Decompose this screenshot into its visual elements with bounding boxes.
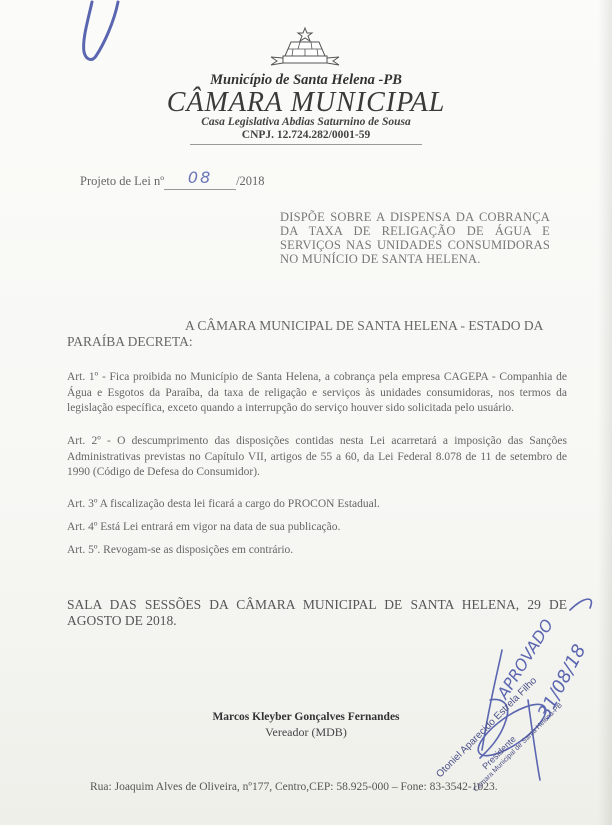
- article-1: Art. 1º - Fica proibida no Município de …: [67, 370, 567, 417]
- crest-icon: [255, 26, 355, 70]
- stamp-org: Câmara Municipal de Santa Helena-PB: [472, 702, 564, 794]
- document-page: Município de Santa Helena -PB CÂMARA MUN…: [0, 0, 612, 825]
- article-2: Art. 2º - O descumprimento das disposiçõ…: [67, 434, 567, 481]
- page-edge-shadow: [598, 0, 612, 825]
- header-divider: [190, 144, 422, 145]
- pen-mark-icon: [78, 0, 128, 65]
- house-name: Casa Legislativa Abdias Saturnino de Sou…: [0, 116, 612, 128]
- approval-annotation: APROVADO 31/08/18 Otoniel Aparecido Estr…: [420, 580, 612, 800]
- bill-number-field: 08: [164, 170, 236, 190]
- bill-label: Projeto de Lei nº: [80, 174, 164, 188]
- bill-year: /2018: [236, 174, 264, 188]
- preamble: A CÂMARA MUNICIPAL DE SANTA HELENA - EST…: [67, 318, 567, 350]
- bill-number-handwritten: 08: [188, 168, 212, 187]
- bill-summary: DISPÕE SOBRE A DISPENSA DA COBRANÇA DA T…: [280, 210, 550, 266]
- cnpj: CNPJ. 12.724.282/0001-59: [0, 129, 612, 141]
- article-3: Art. 3º A fiscalização desta lei ficará …: [67, 497, 567, 513]
- chamber-title: CÂMARA MUNICIPAL: [0, 87, 612, 119]
- article-5: Art. 5º. Revogam-se as disposições em co…: [67, 543, 567, 559]
- bill-number-line: Projeto de Lei nº08/2018: [80, 170, 265, 190]
- article-4: Art. 4º Está Lei entrará em vigor na dat…: [67, 520, 567, 536]
- approval-date: 31/08/18: [534, 641, 590, 722]
